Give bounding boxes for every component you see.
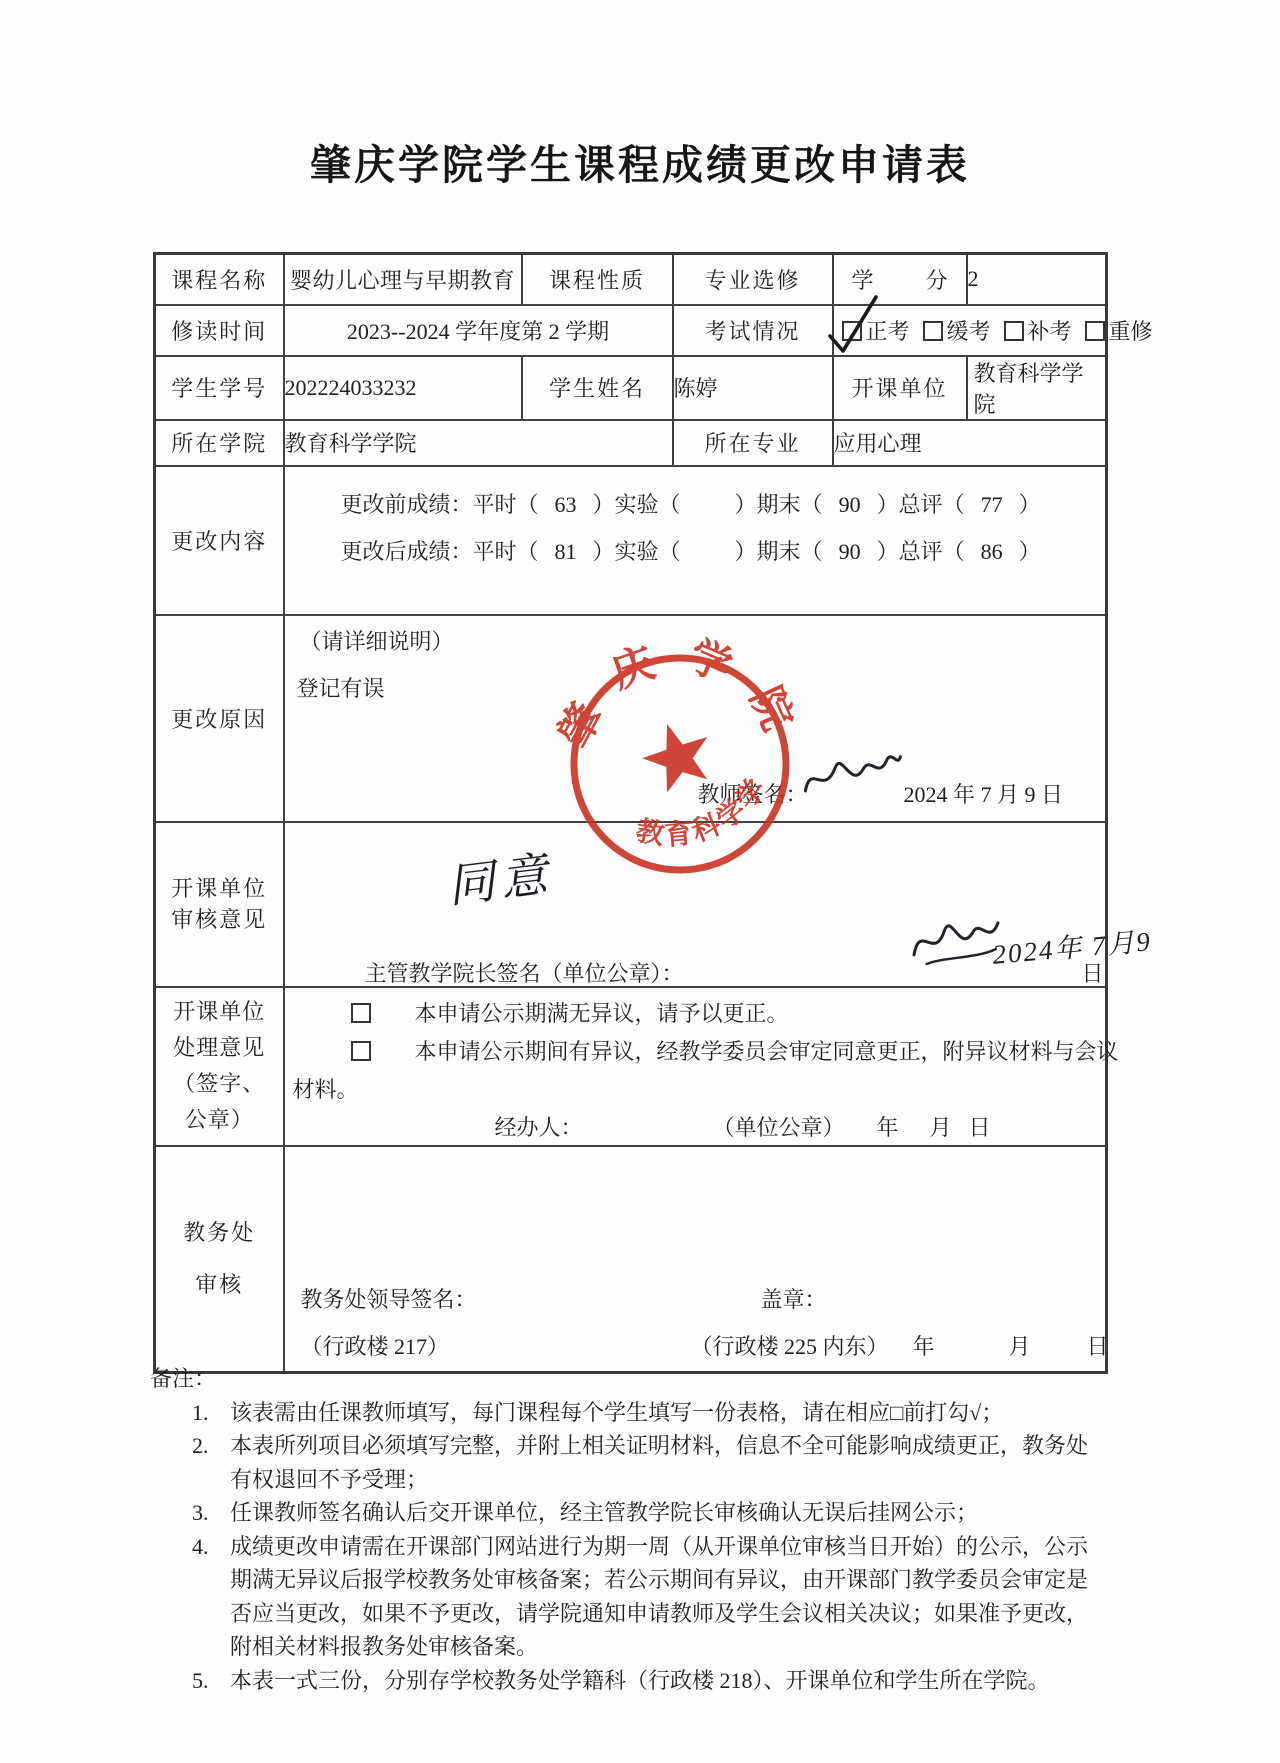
agent-date-year: 年 — [877, 1111, 899, 1142]
note-item: 5. 本表一式三份，分别存学校教务处学籍科（行政楼 218）、开课单位和学生所在… — [150, 1664, 1108, 1698]
agent-date-day: 日 — [969, 1111, 991, 1142]
score-before-final: 90 — [823, 481, 877, 528]
seg: ） — [1019, 539, 1041, 564]
note-number: 3. — [192, 1496, 230, 1530]
change-reason-cell: （请详细说明） 登记有误 教师签名：2024 年 7 月 9 日 — [284, 615, 1107, 822]
unit-decision-label: 开课单位 处理意见 （签字、 公章） — [155, 987, 284, 1146]
unit-review-label: 开课单位 审核意见 — [155, 822, 284, 987]
row-student: 学生学号 202224033232 学生姓名 陈婷 开课单位 教育科学学院 — [155, 356, 1107, 420]
scores-before-prefix: 更改前成绩： — [341, 492, 473, 517]
decision-option-1: 本申请公示期满无异议，请予以更正。 — [351, 997, 789, 1028]
course-type-value: 专业选修 — [673, 254, 833, 305]
unit-review-label-line1: 开课单位 — [156, 873, 283, 904]
scores-before-line: 更改前成绩：平时（63）实验（）期末（90）总评（77） — [341, 481, 1106, 528]
scanned-form-page: 肇庆学院学生课程成绩更改申请表 课程名称 婴幼儿心理与早期教育 课程性质 专业选… — [0, 0, 1280, 1763]
note-text: 该表需由任课教师填写，每门课程每个学生填写一份表格，请在相应□前打勾√； — [230, 1396, 1108, 1430]
seg: ）总评（ — [877, 492, 965, 517]
note-item: 2. 本表所列项目必须填写完整，并附上相关证明材料，信息不全可能影响成绩更正，教… — [150, 1429, 1108, 1496]
row-change-reason: 更改原因 （请详细说明） 登记有误 教师签名：2024 年 7 月 9 日 — [155, 615, 1107, 822]
score-after-final: 90 — [823, 528, 877, 575]
seg: ）总评（ — [877, 539, 965, 564]
note-number: 2. — [192, 1429, 230, 1496]
dean-office-label-line2: 审核 — [156, 1270, 283, 1300]
row-dean-office: 教务处 审核 教务处领导签名： 盖章： （行政楼 217） （行政楼 225 内… — [155, 1146, 1107, 1373]
reason-hint: （请详细说明） — [300, 625, 454, 656]
change-content-cell: 更改前成绩：平时（63）实验（）期末（90）总评（77） 更改后成绩：平时（81… — [284, 466, 1107, 615]
seg: ）实验（ — [593, 539, 681, 564]
major-value: 应用心理 — [833, 420, 1107, 466]
change-reason-label: 更改原因 — [155, 615, 284, 822]
exam-option-label: 重修 — [1109, 319, 1153, 344]
checkbox-icon — [1004, 321, 1024, 341]
note-text: 本表一式三份，分别存学校教务处学籍科（行政楼 218）、开课单位和学生所在学院。 — [230, 1664, 1108, 1698]
leader-sign-location: （行政楼 217） — [301, 1330, 450, 1361]
college-value: 教育科学学院 — [284, 420, 673, 466]
unit-review-label-line2: 审核意见 — [156, 904, 283, 935]
checkbox-icon — [1085, 321, 1105, 341]
exam-label: 考试情况 — [673, 305, 833, 356]
seg: 平时（ — [473, 492, 539, 517]
score-before-regular: 63 — [539, 481, 593, 528]
agent-stamp-label: （单位公章） — [713, 1111, 845, 1142]
checkbox-icon — [351, 1003, 371, 1023]
note-item: 3. 任课教师签名确认后交开课单位，经主管教学院长审核确认无误后挂网公示； — [150, 1496, 1108, 1530]
checkbox-icon — [842, 321, 862, 341]
dean-office-cell: 教务处领导签名： 盖章： （行政楼 217） （行政楼 225 内东） 年 月 … — [284, 1146, 1107, 1373]
unit-decision-label-line4: 公章） — [156, 1102, 283, 1138]
credit-label-right: 分 — [925, 264, 947, 295]
scores-after-line: 更改后成绩：平时（81）实验（）期末（90）总评（86） — [341, 528, 1106, 575]
row-course: 课程名称 婴幼儿心理与早期教育 课程性质 专业选修 学 分 2 — [155, 254, 1107, 305]
course-name-value: 婴幼儿心理与早期教育 — [284, 254, 522, 305]
unit-decision-label-line3: （签字、 — [156, 1066, 283, 1102]
teacher-sign-date: 2024 年 7 月 9 日 — [904, 782, 1064, 807]
major-label: 所在专业 — [673, 420, 833, 466]
note-item: 1. 该表需由任课教师填写，每门课程每个学生填写一份表格，请在相应□前打勾√； — [150, 1396, 1108, 1430]
checkbox-icon — [351, 1041, 371, 1061]
course-name-label: 课程名称 — [155, 254, 284, 305]
offering-unit-value: 教育科学学院 — [967, 356, 1107, 420]
seg: ）期末（ — [735, 492, 823, 517]
dean-office-label: 教务处 审核 — [155, 1146, 284, 1373]
decision-option-2-text: 本申请公示期间有异议，经教学委员会审定同意更正，附异议材料与会议 — [415, 1039, 1119, 1064]
term-value: 2023--2024 学年度第 2 学期 — [284, 305, 673, 356]
term-label: 修读时间 — [155, 305, 284, 356]
unit-decision-label-line1: 开课单位 — [156, 994, 283, 1030]
unit-decision-cell: 本申请公示期满无异议，请予以更正。 本申请公示期间有异议，经教学委员会审定同意更… — [284, 987, 1107, 1146]
note-number: 4. — [192, 1530, 230, 1664]
agent-label: 经办人： — [495, 1111, 583, 1142]
exam-option-deferred: 缓考 — [923, 315, 991, 346]
credit-label-left: 学 — [852, 264, 874, 295]
student-id-label: 学生学号 — [155, 356, 284, 420]
office-stamp-label: 盖章： — [761, 1283, 827, 1314]
seg: 平时（ — [473, 539, 539, 564]
student-name-value: 陈婷 — [673, 356, 833, 420]
row-change-content: 更改内容 更改前成绩：平时（63）实验（）期末（90）总评（77） 更改后成绩：… — [155, 466, 1107, 615]
note-text: 任课教师签名确认后交开课单位，经主管教学院长审核确认无误后挂网公示； — [230, 1496, 1108, 1530]
page-title: 肇庆学院学生课程成绩更改申请表 — [0, 132, 1280, 191]
seg: ）实验（ — [593, 492, 681, 517]
row-term-exam: 修读时间 2023--2024 学年度第 2 学期 考试情况 正考 缓考 补考 … — [155, 305, 1107, 356]
score-after-regular: 81 — [539, 528, 593, 575]
change-content-label: 更改内容 — [155, 466, 284, 615]
student-name-label: 学生姓名 — [522, 356, 673, 420]
exam-option-regular: 正考 — [842, 315, 910, 346]
college-label: 所在学院 — [155, 420, 284, 466]
credit-value: 2 — [967, 254, 1107, 305]
unit-decision-label-line2: 处理意见 — [156, 1030, 283, 1066]
decision-option-2-cont: 材料。 — [293, 1073, 359, 1104]
exam-option-label: 补考 — [1028, 319, 1072, 344]
office-date-year: 年 — [913, 1330, 935, 1361]
note-text: 本表所列项目必须填写完整，并附上相关证明材料，信息不全可能影响成绩更正，教务处有… — [230, 1429, 1108, 1496]
seg: ）期末（ — [735, 539, 823, 564]
exam-option-label: 缓考 — [947, 319, 991, 344]
student-id-value: 202224033232 — [284, 356, 522, 420]
agent-date-month: 月 — [930, 1111, 952, 1142]
decision-option-1-text: 本申请公示期满无异议，请予以更正。 — [415, 1001, 789, 1026]
notes-section: 备注： 1. 该表需由任课教师填写，每门课程每个学生填写一份表格，请在相应□前打… — [150, 1362, 1108, 1697]
score-before-overall: 77 — [965, 481, 1019, 528]
note-item: 4. 成绩更改申请需在开课部门网站进行为期一周（从开课单位审核当日开始）的公示，… — [150, 1530, 1108, 1664]
note-text: 成绩更改申请需在开课部门网站进行为期一周（从开课单位审核当日开始）的公示，公示期… — [230, 1530, 1108, 1664]
dean-sign-label: 主管教学院长签名（单位公章）： — [365, 957, 684, 988]
leader-sign-label: 教务处领导签名： — [301, 1283, 477, 1314]
office-date-day: 日 — [1087, 1330, 1109, 1361]
exam-options-cell: 正考 缓考 补考 重修 — [833, 305, 1107, 356]
scores-after-prefix: 更改后成绩： — [341, 539, 473, 564]
exam-option-label: 正考 — [866, 319, 910, 344]
decision-option-2: 本申请公示期间有异议，经教学委员会审定同意更正，附异议材料与会议 — [351, 1035, 1119, 1066]
course-type-label: 课程性质 — [522, 254, 673, 305]
dean-sign-date-suffix: 日 — [1082, 957, 1104, 988]
note-number: 5. — [192, 1664, 230, 1698]
credit-label: 学 分 — [833, 254, 967, 305]
office-date-month: 月 — [1009, 1330, 1031, 1361]
dean-office-label-line1: 教务处 — [156, 1218, 283, 1248]
row-unit-review: 开课单位 审核意见 主管教学院长签名（单位公章）： 日 — [155, 822, 1107, 987]
offering-unit-label: 开课单位 — [833, 356, 967, 420]
office-stamp-location: （行政楼 225 内东） — [691, 1330, 889, 1361]
exam-option-makeup: 补考 — [1004, 315, 1072, 346]
exam-option-retake: 重修 — [1085, 315, 1153, 346]
checkbox-icon — [923, 321, 943, 341]
row-unit-decision: 开课单位 处理意见 （签字、 公章） 本申请公示期满无异议，请予以更正。 本申请… — [155, 987, 1107, 1146]
reason-value: 登记有误 — [297, 672, 385, 703]
row-college-major: 所在学院 教育科学学院 所在专业 应用心理 — [155, 420, 1107, 466]
grade-change-form-table: 课程名称 婴幼儿心理与早期教育 课程性质 专业选修 学 分 2 修读时间 202… — [153, 252, 1108, 1374]
score-after-overall: 86 — [965, 528, 1019, 575]
seg: ） — [1019, 492, 1041, 517]
teacher-sign-line: 教师签名：2024 年 7 月 9 日 — [698, 778, 1064, 809]
teacher-sign-label: 教师签名： — [698, 782, 808, 807]
note-number: 1. — [192, 1396, 230, 1430]
unit-review-cell: 主管教学院长签名（单位公章）： 日 — [284, 822, 1107, 987]
notes-label: 备注： — [150, 1362, 1108, 1396]
